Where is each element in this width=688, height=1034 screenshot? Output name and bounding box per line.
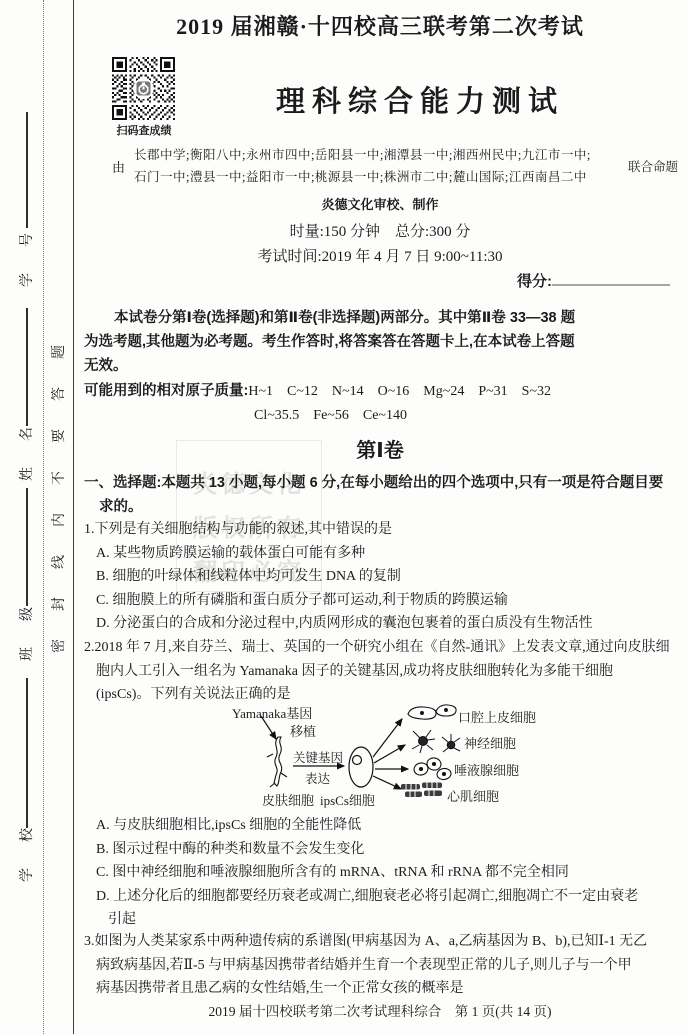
question-2: 2.2018 年 7 月,来自芬兰、瑞士、英国的一个研究小组在《自然-通讯》上发… [84,636,678,707]
question-3: 3.如图为人类某家系中两种遗传病的系谱图(甲病基因为 A、a,乙病基因为 B、b… [84,930,678,1001]
page-footer: 2019 届十四校联考第二次考试理科综合 第 1 页(共 14 页) [84,1000,676,1020]
organizer-prefix: 由 [112,157,130,176]
notice-line: 为选考题,其他题为必考题。考生作答时,将答案答在答题卡上,在本试卷上答题 [84,330,678,354]
notice-line: 本试卷分第Ⅰ卷(选择题)和第Ⅱ卷(非选择题)两部分。其中第Ⅱ卷 33—38 题 [84,306,678,330]
atomic-mass-values: Cl~35.5 Fe~56 Ce~140 [254,404,678,428]
diagram-label-cardiac-cell: 心肌细胞 [447,786,499,805]
exam-title: 2019 届湘赣·十四校高三联考第二次考试 [84,10,676,41]
qr-code-drawing [112,57,175,120]
atomic-mass-label: 可能用到的相对原子质量: [84,383,248,399]
score-field: 得分: [517,270,670,291]
school-list-line: 石门一中;澧县一中;益阳市一中;桃源县一中;株洲市二中;麓山国际;江西南昌二中 [134,166,622,188]
class-blank-line [26,488,28,606]
option-c: C. 细胞膜上的所有磷脂和蛋白质分子都可运动,利于物质的跨膜运输 [84,589,678,613]
name-label: 姓 名 [16,416,36,486]
section-line: 求的。 [84,496,678,520]
school-blank-line [26,678,28,828]
part-one-title: 第Ⅰ卷 [84,434,676,463]
exam-notice: 本试卷分第Ⅰ卷(选择题)和第Ⅱ卷(非选择题)两部分。其中第Ⅱ卷 33—38 题 … [84,306,678,378]
question-1: 1.下列是有关细胞结构与功能的叙述,其中错误的是 A. 某些物质跨膜运输的载体蛋… [84,518,678,636]
subject-title: 理科综合能力测试 [240,79,600,120]
seal-dotted-line [43,0,44,1034]
question-2-options: A. 与皮肤细胞相比,ipsCs 细胞的全能性降低 B. 图示过程中酶的种类和数… [84,814,678,932]
question-stem-line: 3.如图为人类某家系中两种遗传病的系谱图(甲病基因为 A、a,乙病基因为 B、b… [84,930,678,954]
question-stem-line: 2.2018 年 7 月,来自芬兰、瑞士、英国的一个研究小组在《自然-通讯》上发… [84,636,678,660]
organizer-schools-block: 由 长郡中学;衡阳八中;永州市四中;岳阳县一中;湘潭县一中;湘西州民中;九江市一… [112,144,678,188]
notice-line: 无效。 [84,354,678,378]
atomic-mass-values: H~1 C~12 N~14 O~16 Mg~24 P~31 S~32 [248,384,551,399]
diagram-label-skin-cell: 皮肤细胞 [262,790,314,809]
section-line: 一、选择题:本题共 13 小题,每小题 6 分,在每小题给出的四个选项中,只有一… [84,472,678,496]
option-d: D. 分泌蛋白的合成和分泌过程中,内质网形成的囊泡包裹着的蛋白质没有生物活性 [84,612,678,636]
diagram-label-yamanaka-gene: Yamanaka基因 [232,703,312,722]
score-label: 得分: [517,273,552,290]
diagram-label-salivary-cell: 唾液腺细胞 [454,760,519,779]
cardiac-muscle-cells-drawing [401,783,442,798]
diagram-label-key-gene: 关键基因 [293,748,343,766]
atomic-mass-note: 可能用到的相对原子质量:H~1 C~12 N~14 O~16 Mg~24 P~3… [84,380,678,427]
duration-line: 时量:150 分钟 总分:300 分 [84,220,676,241]
score-blank-line [552,271,670,286]
school-list-line: 长郡中学;衡阳八中;永州市四中;岳阳县一中;湘潭县一中;湘西州民中;九江市一中; [134,144,622,166]
exam-time-line: 考试时间:2019 年 4 月 7 日 9:00~11:30 [84,245,676,266]
option-c: C. 图中神经细胞和唾液腺细胞所含有的 mRNA、tRNA 和 rRNA 都不完… [84,861,678,885]
diagram-label-ipscs-cell: ipsCs细胞 [320,790,375,809]
option-b: B. 图示过程中酶的种类和数量不会发生变化 [84,838,678,862]
producer-line: 炎德文化审校、制作 [84,194,676,213]
seal-solid-line [73,0,74,1034]
ipscs-cell-drawing [349,747,373,787]
option-a: A. 与皮肤细胞相比,ipsCs 细胞的全能性降低 [84,814,678,838]
section-instruction: 一、选择题:本题共 13 小题,每小题 6 分,在每小题给出的四个选项中,只有一… [84,472,678,519]
option-b: B. 细胞的叶绿体和线粒体中均可发生 DNA 的复制 [84,565,678,589]
question-stem-line: 病基因携带者且患乙病的女性结婚,生一个正常女孩的概率是 [84,977,678,1001]
diagram-label-nerve-cell: 神经细胞 [464,733,516,752]
option-d: D. 上述分化后的细胞都要经历衰老或凋亡,细胞衰老必将引起凋亡,细胞凋亡不一定由… [84,885,678,909]
diagram-label-transplant: 移植 [290,721,316,740]
oral-epithelial-cells-drawing [408,705,456,719]
nerve-cells-drawing [412,730,460,753]
student-number-label: 学 号 [16,222,36,292]
organizer-suffix: 联合命题 [622,157,678,175]
name-blank-line [26,308,28,426]
skin-cell-drawing [267,737,287,787]
class-label: 班 级 [16,596,36,666]
question-stem-line: 病致病基因,若Ⅱ-5 与甲病基因携带者结婚并生育一个表现型正常的儿子,则儿子与一… [84,954,678,978]
diagram-label-oral-epithelial: 口腔上皮细胞 [458,707,536,726]
exam-paper-page: 炎德文化 版权所有 翻印必究 学 号 姓 名 班 级 学 校 密封线内不要答题 … [0,0,688,1034]
diagram-label-express: 表达 [305,769,330,787]
school-label: 学 校 [16,817,36,887]
question-stem: 1.下列是有关细胞结构与功能的叙述,其中错误的是 [84,518,678,542]
question-stem-line: 胞内人工引入一组名为 Yamanaka 因子的关键基因,成功将皮肤细胞转化为多能… [84,660,678,684]
qr-caption: 扫码查成绩 [106,122,182,138]
q2-cell-diagram: Yamanaka基因 移植 关键基因 表达 皮肤细胞 ipsCs细胞 口腔上皮细… [230,700,540,813]
salivary-gland-cells-drawing [413,757,452,781]
qr-code-icon [112,57,175,120]
seal-instruction-text: 密封线内不要答题 [48,300,68,670]
school-list: 长郡中学;衡阳八中;永州市四中;岳阳县一中;湘潭县一中;湘西州民中;九江市一中;… [130,144,622,188]
student-number-blank-line [26,112,28,228]
option-d-continuation: 引起 [84,908,678,932]
option-a: A. 某些物质跨膜运输的载体蛋白可能有多种 [84,542,678,566]
